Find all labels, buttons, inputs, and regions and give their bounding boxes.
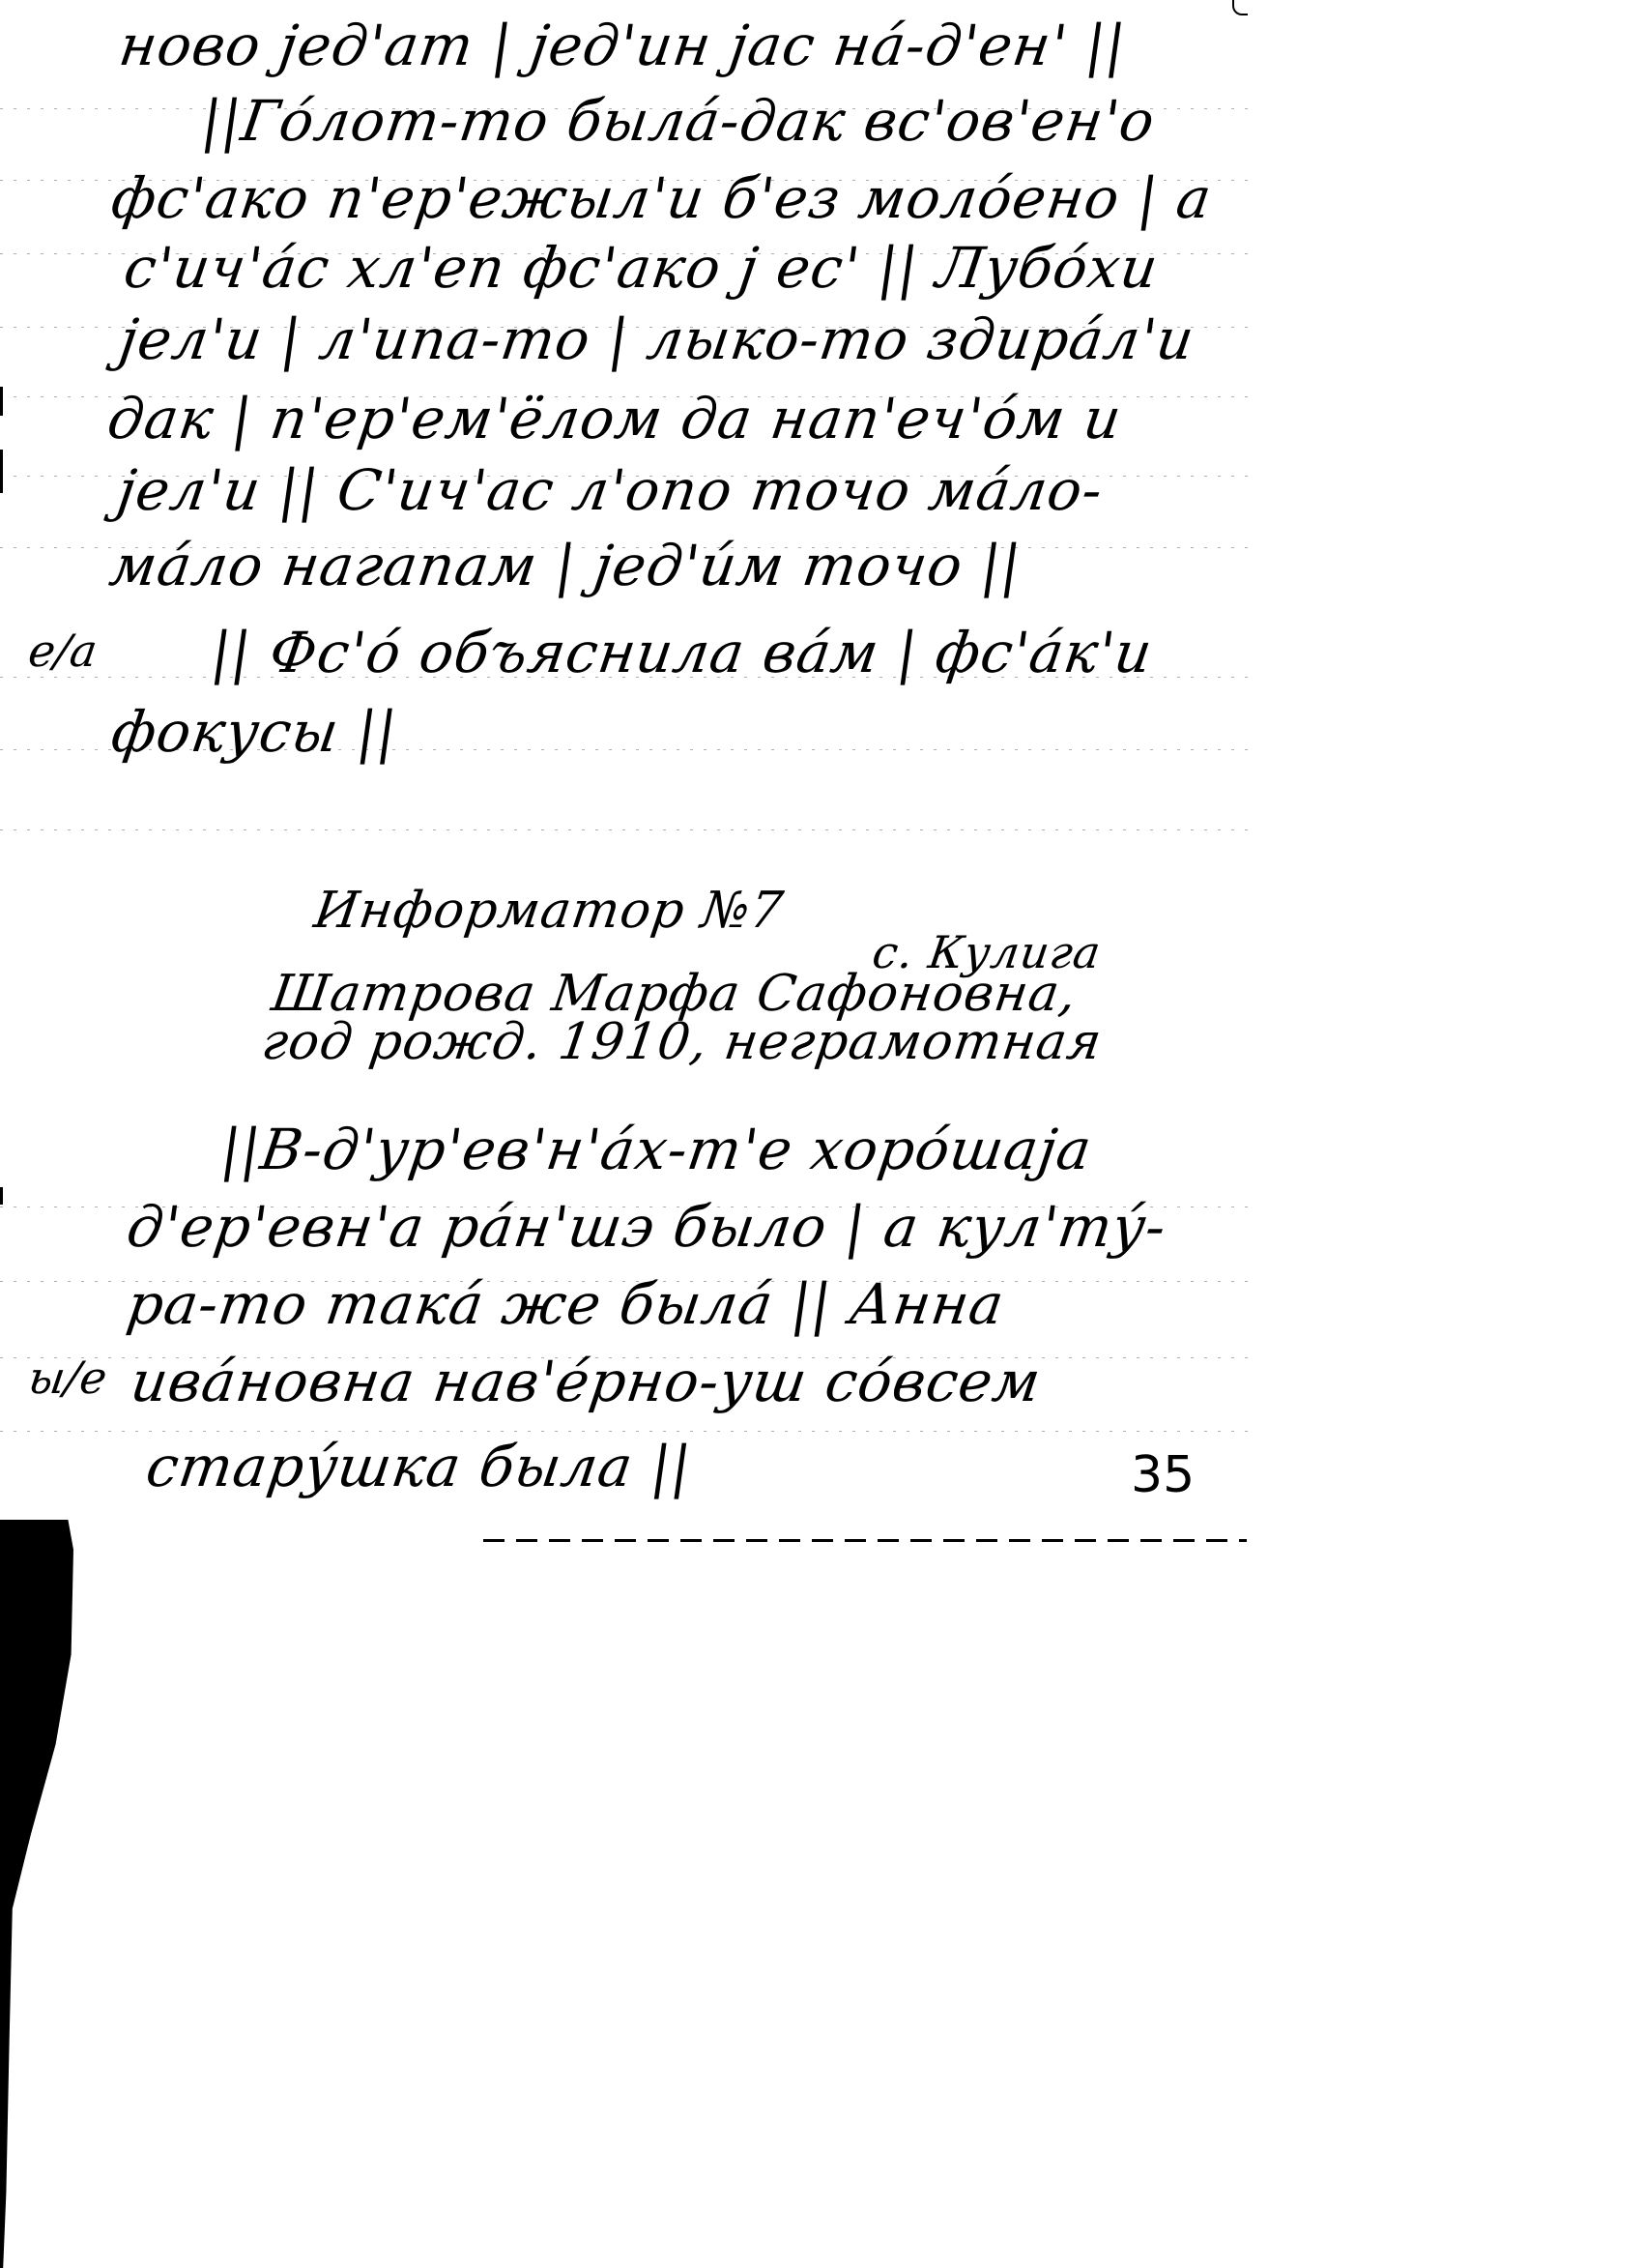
margin-binding-mark [0, 1187, 3, 1205]
corner-scan-mark [1232, 0, 1248, 15]
page-number: 35 [1131, 1450, 1195, 1500]
text-line: ново jед'ат | jед'ин jас на́-д'ен' || [116, 17, 1130, 73]
text-line: фокусы || [108, 704, 401, 760]
end-of-text-rule [483, 1539, 1247, 1542]
ruled-line [0, 1431, 1256, 1432]
text-line: дак | п'ер'ем'ёлом да нап'еч'о́м и [104, 391, 1125, 447]
text-line: с'ич'а́с хл'еп фс'ако j ес' || Лубо́хи [121, 240, 1162, 296]
margin-correction-note: ы/е [26, 1355, 110, 1400]
text-line: jел'и | л'ипа-то | лыко-то здира́л'и [116, 311, 1198, 367]
text-line: ра-то така́ же была́ || Анна [124, 1276, 1008, 1332]
margin-binding-mark [0, 387, 3, 416]
scan-edge-shadow [0, 1520, 77, 2268]
informant-name: Шатрова Марфа Сафоновна, [269, 969, 1081, 1019]
text-line: jел'и || С'ич'ас л'опо точо ма́ло- [114, 462, 1107, 518]
manuscript-page: ново jед'ат | jед'ин jас на́-д'ен' || ||… [0, 0, 1643, 2268]
text-line: || Фс'о́ объяснила ва́м | фс'а́к'и [208, 625, 1156, 681]
margin-binding-mark [0, 450, 3, 493]
margin-correction-note: е/а [26, 628, 101, 673]
text-line: фс'ако п'ер'ежыл'и б'ез моло́ено | а [108, 170, 1215, 226]
informant-details: год рожд. 1910, неграмотная [259, 1017, 1106, 1067]
ruled-line [0, 829, 1256, 830]
text-line: ива́новна нав'е́рно-уш со́всем [128, 1353, 1045, 1410]
text-line: стару́шка была || [143, 1439, 695, 1495]
text-line: ма́ло нагапам | jед'и́м точо || [106, 538, 1025, 594]
informant-title: Информатор №7 [311, 886, 787, 936]
text-line: ||В-д'ур'ев'н'а́х-т'е хоро́шаjа [217, 1121, 1095, 1178]
text-line: д'ер'евн'а ра́н'шэ было | а кул'ту́- [124, 1199, 1170, 1255]
text-line: ||Го́лот-то была́-дак вс'ов'ен'о [198, 93, 1159, 149]
